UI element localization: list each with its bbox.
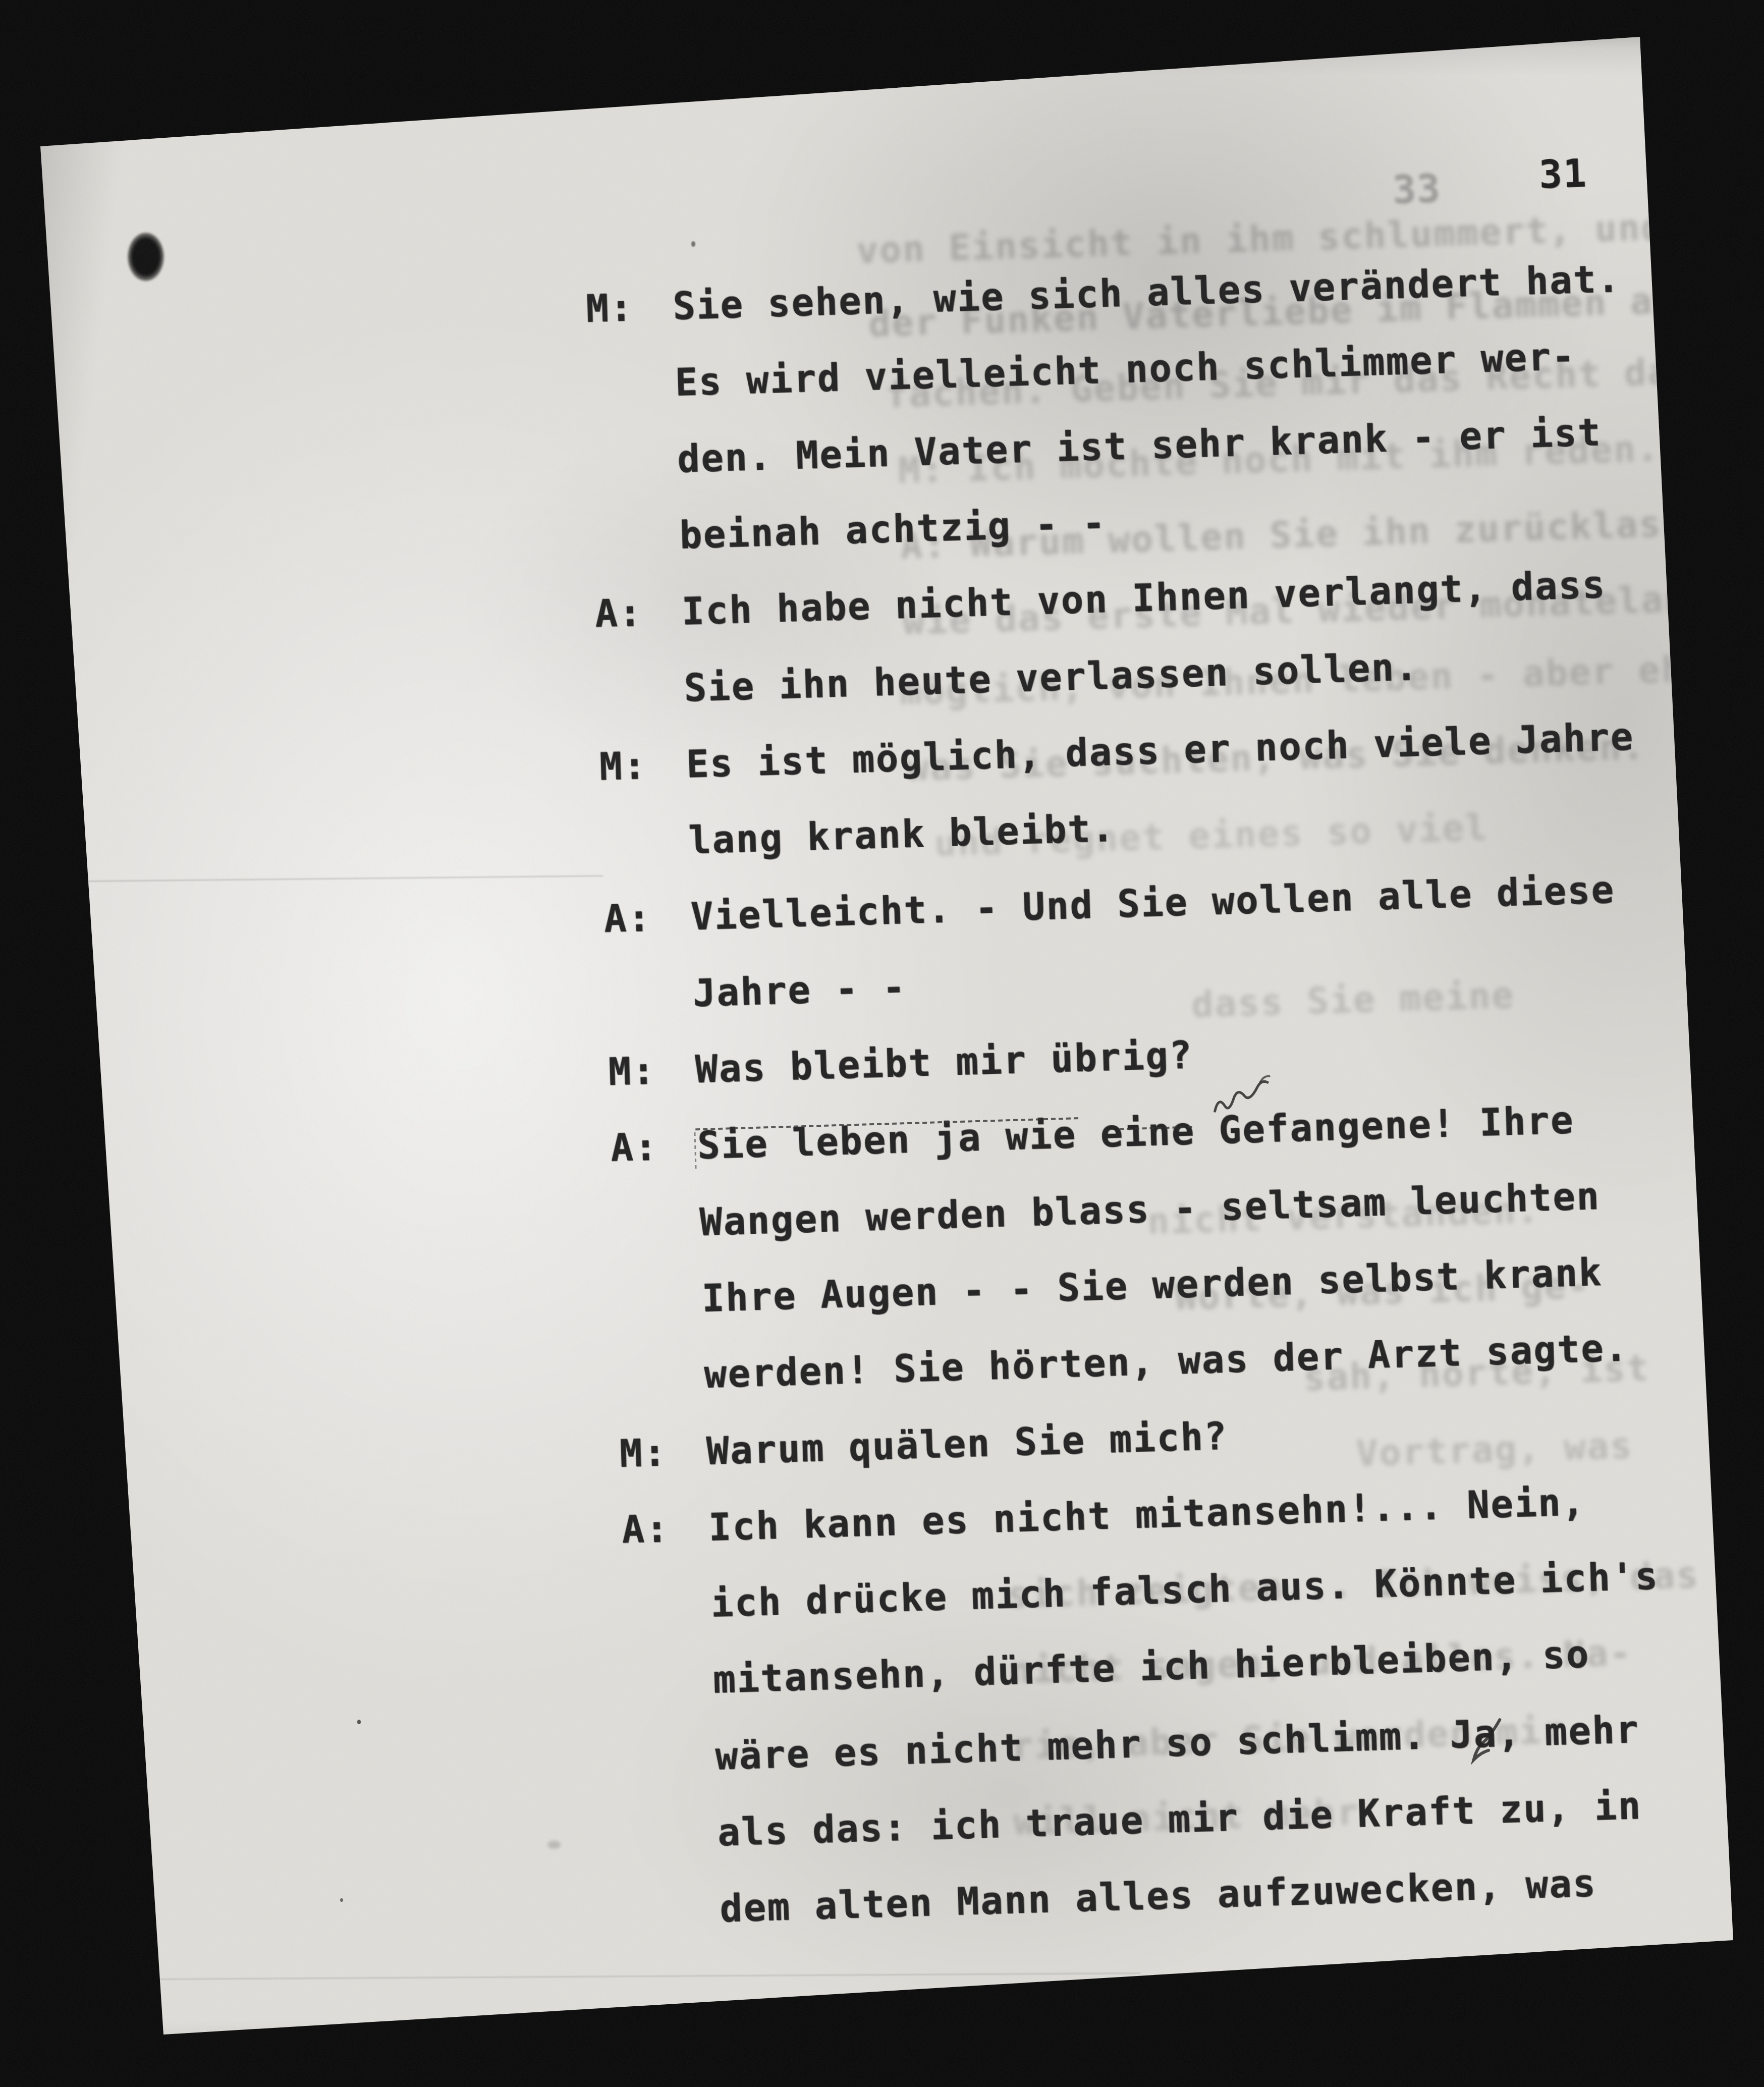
dialogue-line: Jahre - - — [605, 969, 907, 1015]
dust-speck — [340, 1898, 343, 1902]
speaker-label: A: — [621, 1510, 670, 1549]
speaker-label: A: — [594, 594, 643, 633]
dialogue-text: Ich kann es nicht mitansehn!... Nein, — [708, 1484, 1586, 1547]
dialogue-text: Sie leben ja wie eine Gefangene! Ihre — [697, 1102, 1575, 1165]
dialogue-line: A:Sie leben ja wie eine Gefangene! Ihre — [610, 1102, 1575, 1168]
dialogue-text: ich drücke mich falsch aus. Könnte ich's — [710, 1558, 1660, 1623]
speaker-label: M: — [608, 1053, 656, 1091]
dialogue-text: Was bleibt mir übrig? — [695, 1036, 1193, 1088]
speaker-label: A: — [610, 1129, 658, 1168]
ghost-page-number: 33 — [1392, 166, 1442, 212]
dialogue-line: M:Was bleibt mir übrig? — [608, 1036, 1193, 1091]
insertion-squiggle — [1211, 1070, 1279, 1117]
speaker-label: M: — [585, 289, 634, 328]
dialogue-line: dem alten Mann alles aufzuwecken, was — [633, 1865, 1597, 1931]
speaker-label: M: — [599, 747, 647, 786]
dust-speck — [691, 241, 695, 247]
dialogue-line: M:Warum quälen Sie mich? — [619, 1417, 1228, 1472]
page-number: 31 — [1538, 150, 1588, 197]
dialogue-text: Warum quälen Sie mich? — [706, 1417, 1228, 1470]
dialogue-line: ich drücke mich falsch aus. Könnte ich's — [624, 1558, 1660, 1625]
dialogue-text: Jahre - - — [692, 969, 907, 1012]
manuscript-page: 33 31 von Einsicht in ihm schlummert, un… — [0, 0, 1764, 2087]
bleedthrough-line: Vortrag, was — [1355, 1424, 1633, 1474]
paper-crease-upper — [53, 875, 603, 882]
dust-speck — [357, 1720, 361, 1724]
speaker-label: M: — [619, 1434, 668, 1473]
dialogue-line: mitansehn, dürfte ich hierbleiben, so — [626, 1636, 1590, 1701]
stray-pen-flick — [1469, 1715, 1516, 1772]
speaker-label: A: — [603, 900, 652, 939]
dialogue-text: dem alten Mann alles aufzuwecken, was — [720, 1865, 1597, 1928]
bleedthrough-line: dass Sie meine — [1191, 974, 1515, 1026]
punch-hole — [128, 233, 164, 281]
dialogue-text: mitansehn, dürfte ich hierbleiben, so — [712, 1636, 1590, 1699]
dialogue-text: Vielleicht. - Und Sie wollen alle diese — [690, 871, 1616, 936]
dialogue-line: Wangen werden blass - seltsam leuchten — [613, 1177, 1601, 1243]
typewritten-dialogue: von Einsicht in ihm schlummert, undder F… — [585, 249, 1764, 1998]
faint-smudge — [547, 1841, 561, 1849]
photostat-scan: 33 31 von Einsicht in ihm schlummert, un… — [0, 0, 1764, 2087]
dialogue-line: A:Ich kann es nicht mitansehn!... Nein, — [621, 1484, 1586, 1549]
dialogue-line: A:Vielleicht. - Und Sie wollen alle dies… — [603, 871, 1616, 939]
